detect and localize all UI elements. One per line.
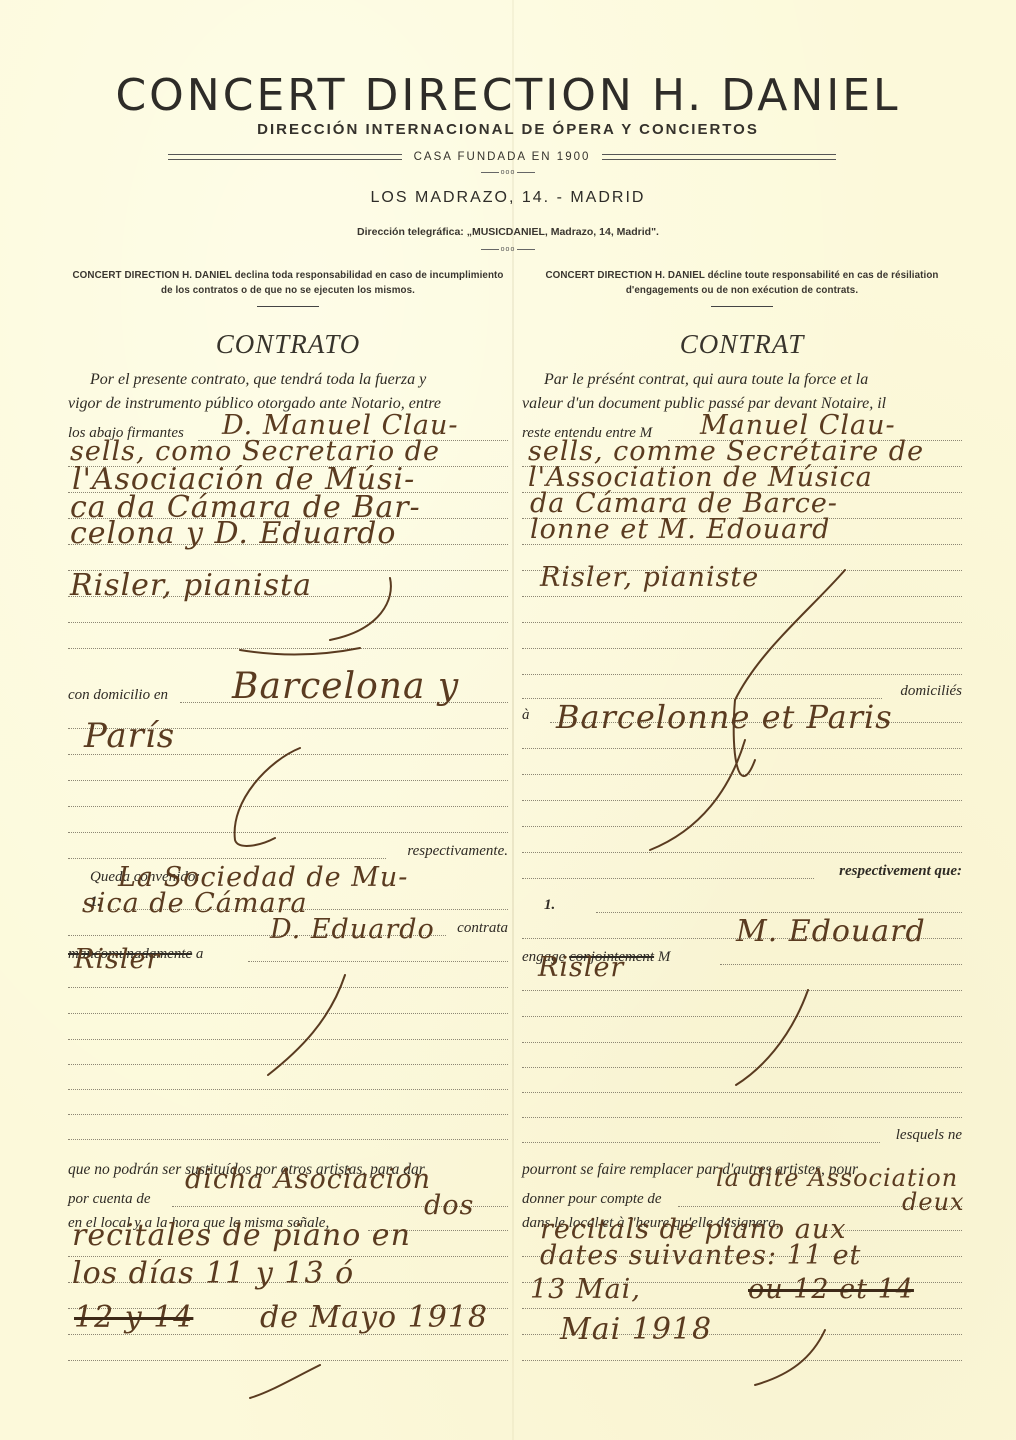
form-line [522, 1096, 962, 1121]
handwritten-concerts: recitales de piano en [72, 1218, 411, 1253]
form-line [68, 1068, 508, 1093]
intro-line: Par le présént contrat, qui aura toute l… [522, 371, 962, 396]
letterhead-address: LOS MADRAZO, 14. - MADRID [0, 189, 1016, 207]
contract-page: CONCERT DIRECTION H. DANIEL DIRECCIÓN IN… [0, 0, 1016, 1440]
handwritten-concerts: dos [424, 1190, 474, 1221]
french-contract-title: CONTRAT [522, 329, 962, 360]
form-line [68, 1118, 508, 1143]
handwritten-concerts: de Mayo 1918 [260, 1300, 488, 1335]
handwritten-domicile: Barcelona y [232, 666, 459, 707]
letterhead-subtitle: DIRECCIÓN INTERNACIONAL DE ÓPERA Y CONCI… [0, 121, 1016, 138]
form-line [522, 805, 962, 830]
letterhead-title: CONCERT DIRECTION H. DANIEL [0, 70, 1016, 121]
form-line [68, 601, 508, 626]
form-line [522, 1071, 962, 1096]
form-line [68, 785, 508, 810]
handwritten-artist: D. Eduardo [270, 914, 435, 945]
handwritten-artist: M. Edouard [736, 914, 926, 949]
french-column: CONCERT DIRECTION H. DANIEL décline tout… [522, 268, 962, 360]
form-line [68, 759, 508, 784]
form-line [68, 1339, 508, 1364]
form-line [68, 1018, 508, 1043]
handwritten-artist: Risler [74, 944, 160, 975]
french-disclaimer: CONCERT DIRECTION H. DANIEL décline tout… [522, 268, 962, 298]
founded-row: CASA FUNDADA EN 1900 [168, 149, 836, 165]
handwritten-parties: celona y D. Eduardo [70, 516, 396, 551]
divider [257, 306, 319, 307]
handwritten-concerts: dates suivantes: 11 et [540, 1240, 861, 1271]
handwritten-parties: Risler, pianista [70, 568, 312, 603]
handwritten-account: dicha Asociación [185, 1164, 431, 1195]
spanish-disclaimer: CONCERT DIRECTION H. DANIEL declina toda… [68, 268, 508, 298]
respectively-line: respectivamente. [68, 837, 508, 862]
handwritten-concerts: 13 Mai, [530, 1274, 641, 1305]
divider [711, 306, 773, 307]
form-line [522, 779, 962, 804]
letterhead-telegraph: Dirección telegráfica: „MUSICDANIEL, Mad… [0, 226, 1016, 238]
form-line [68, 627, 508, 652]
ornament-divider-2: ooo [0, 246, 1016, 253]
spanish-contract-title: CONTRATO [68, 329, 508, 360]
form-line [68, 811, 508, 836]
handwritten-domicile: Barcelonne et Paris [556, 698, 893, 736]
handwritten-concerts: los días 11 y 13 ó [72, 1256, 354, 1291]
form-line [522, 627, 962, 652]
form-line [68, 1093, 508, 1118]
item-line: 1. [522, 891, 962, 916]
handwritten-domicile: París [84, 716, 175, 756]
handwritten-artist: Risler [538, 952, 624, 983]
form-line [68, 1043, 508, 1068]
handwritten-struck-dates: 12 y 14 [74, 1300, 193, 1335]
handwritten-parties: lonne et M. Edouard [530, 514, 830, 545]
form-line [522, 995, 962, 1020]
founded-text: CASA FUNDADA EN 1900 [414, 151, 591, 163]
form-line [522, 831, 962, 856]
form-line [68, 992, 508, 1017]
handwritten-parties: Risler, pianiste [540, 562, 759, 593]
handwritten-concerts: deux [902, 1188, 965, 1216]
double-rule-left [168, 154, 402, 160]
respectively-line: respectivement que: [522, 857, 962, 882]
double-rule-right [602, 154, 836, 160]
form-line [522, 653, 962, 678]
paper-fold [512, 0, 514, 1440]
which-line: lesquels ne [522, 1121, 962, 1146]
form-line [522, 601, 962, 626]
handwritten-concerts: Mai 1918 [560, 1312, 712, 1347]
intro-line: Por el presente contrato, que tendrá tod… [68, 371, 508, 396]
spanish-column: CONCERT DIRECTION H. DANIEL declina toda… [68, 268, 508, 360]
form-line [522, 1021, 962, 1046]
handwritten-struck-dates: ou 12 et 14 [748, 1274, 914, 1305]
form-line [522, 753, 962, 778]
form-line [522, 1046, 962, 1071]
ornament-divider: ooo [0, 169, 1016, 176]
